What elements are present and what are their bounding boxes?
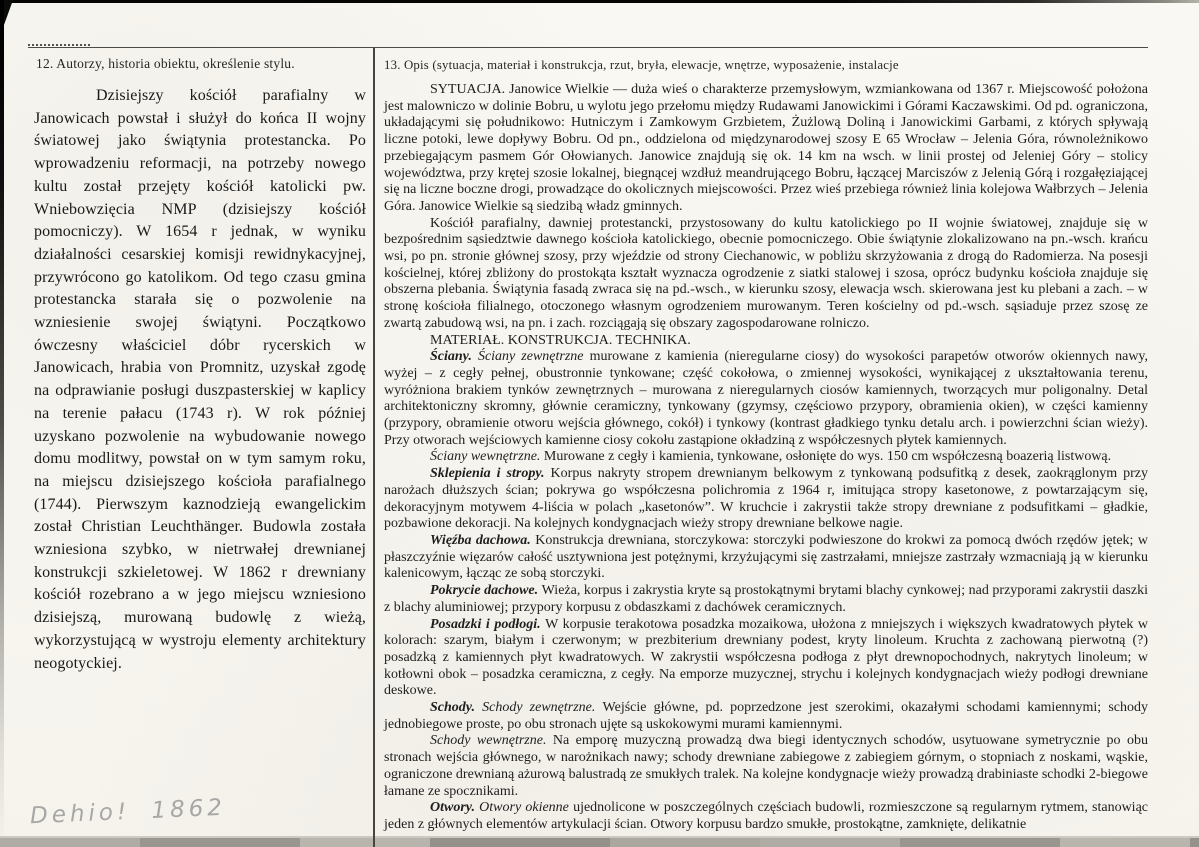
paragraph-lead-italic: Ściany wewnętrzne.	[430, 449, 544, 464]
paragraph-lead-bold: Więźba dachowa.	[430, 533, 535, 548]
paragraph-stairs-interior: Schody wewnętrzne. Na emporę muzyczną pr…	[384, 733, 1148, 800]
scan-edge-top	[0, 0, 1199, 3]
paragraph-lead-italic: Schody zewnętrzne.	[482, 700, 602, 715]
section-12-body: Dzisiejszy kościół parafialny w Janowica…	[34, 85, 366, 675]
paragraph-lead-bold: Otwory.	[430, 800, 479, 815]
scan-edge-bottom	[0, 838, 1199, 847]
paragraph-vaults-ceilings: Sklepienia i stropy. Korpus nakryty stro…	[384, 466, 1148, 533]
scan-edge-left	[0, 0, 4, 847]
paragraph-roofing: Pokrycie dachowe. Wieża, korpus i zakrys…	[384, 583, 1148, 616]
paragraph-lead-bold: Sklepienia i stropy.	[430, 466, 551, 481]
paragraph-lead-bold: Posadzki i podłogi.	[430, 617, 545, 632]
paragraph-situation: SYTUACJA. Janowice Wielkie — duża wieś o…	[384, 82, 1148, 216]
paragraph-lead-bold: Ściany.	[430, 349, 478, 364]
paragraph-lead-italic: Schody wewnętrzne.	[430, 733, 553, 748]
section-rule	[28, 47, 1148, 48]
paragraph-lead-bold: Pokrycie dachowe.	[430, 583, 542, 598]
paragraph-text: MATERIAŁ. KONSTRUKCJA. TECHNIKA.	[430, 333, 691, 348]
history-paragraph: Dzisiejszy kościół parafialny w Janowica…	[34, 85, 366, 675]
paragraph-walls-interior: Ściany wewnętrzne. Murowane z cegły i ka…	[384, 449, 1148, 466]
paragraph-roof-truss: Więźba dachowa. Konstrukcja drewniana, s…	[384, 533, 1148, 583]
paragraph-lead-italic: Otwory okienne	[479, 800, 573, 815]
paragraph-walls-exterior: Ściany. Ściany zewnętrzne murowane z kam…	[384, 349, 1148, 449]
paragraph-text: SYTUACJA. Janowice Wielkie — duża wieś o…	[384, 82, 1148, 214]
section-13-header: 13. Opis (sytuacja, materiał i konstrukc…	[384, 58, 899, 73]
heading-material-construction: MATERIAŁ. KONSTRUKCJA. TECHNIKA.	[384, 333, 1148, 350]
section-12-header: 12. Autorzy, historia obiektu, określeni…	[36, 56, 295, 72]
section-rule-dashes	[28, 44, 90, 46]
scanned-page: 12. Autorzy, historia obiektu, określeni…	[0, 0, 1199, 847]
column-divider	[373, 48, 375, 847]
paragraph-text: Kościół parafialny, dawniej protestancki…	[384, 216, 1148, 331]
paragraph-text: Murowane z cegły i kamienia, tynkowane, …	[544, 449, 1111, 464]
paragraph-openings: Otwory. Otwory okienne ujednolicone w po…	[384, 800, 1148, 833]
section-13-body: SYTUACJA. Janowice Wielkie — duża wieś o…	[384, 82, 1148, 834]
paragraph-floors: Posadzki i podłogi. W korpusie terakotow…	[384, 617, 1148, 701]
paragraph-lead-bold: Schody.	[430, 700, 482, 715]
handwritten-note: Dehio! 1862	[30, 795, 227, 830]
paragraph-stairs-exterior: Schody. Schody zewnętrzne. Wejście główn…	[384, 700, 1148, 733]
paragraph-parish-church: Kościół parafialny, dawniej protestancki…	[384, 216, 1148, 333]
paragraph-lead-italic: Ściany zewnętrzne	[478, 349, 590, 364]
